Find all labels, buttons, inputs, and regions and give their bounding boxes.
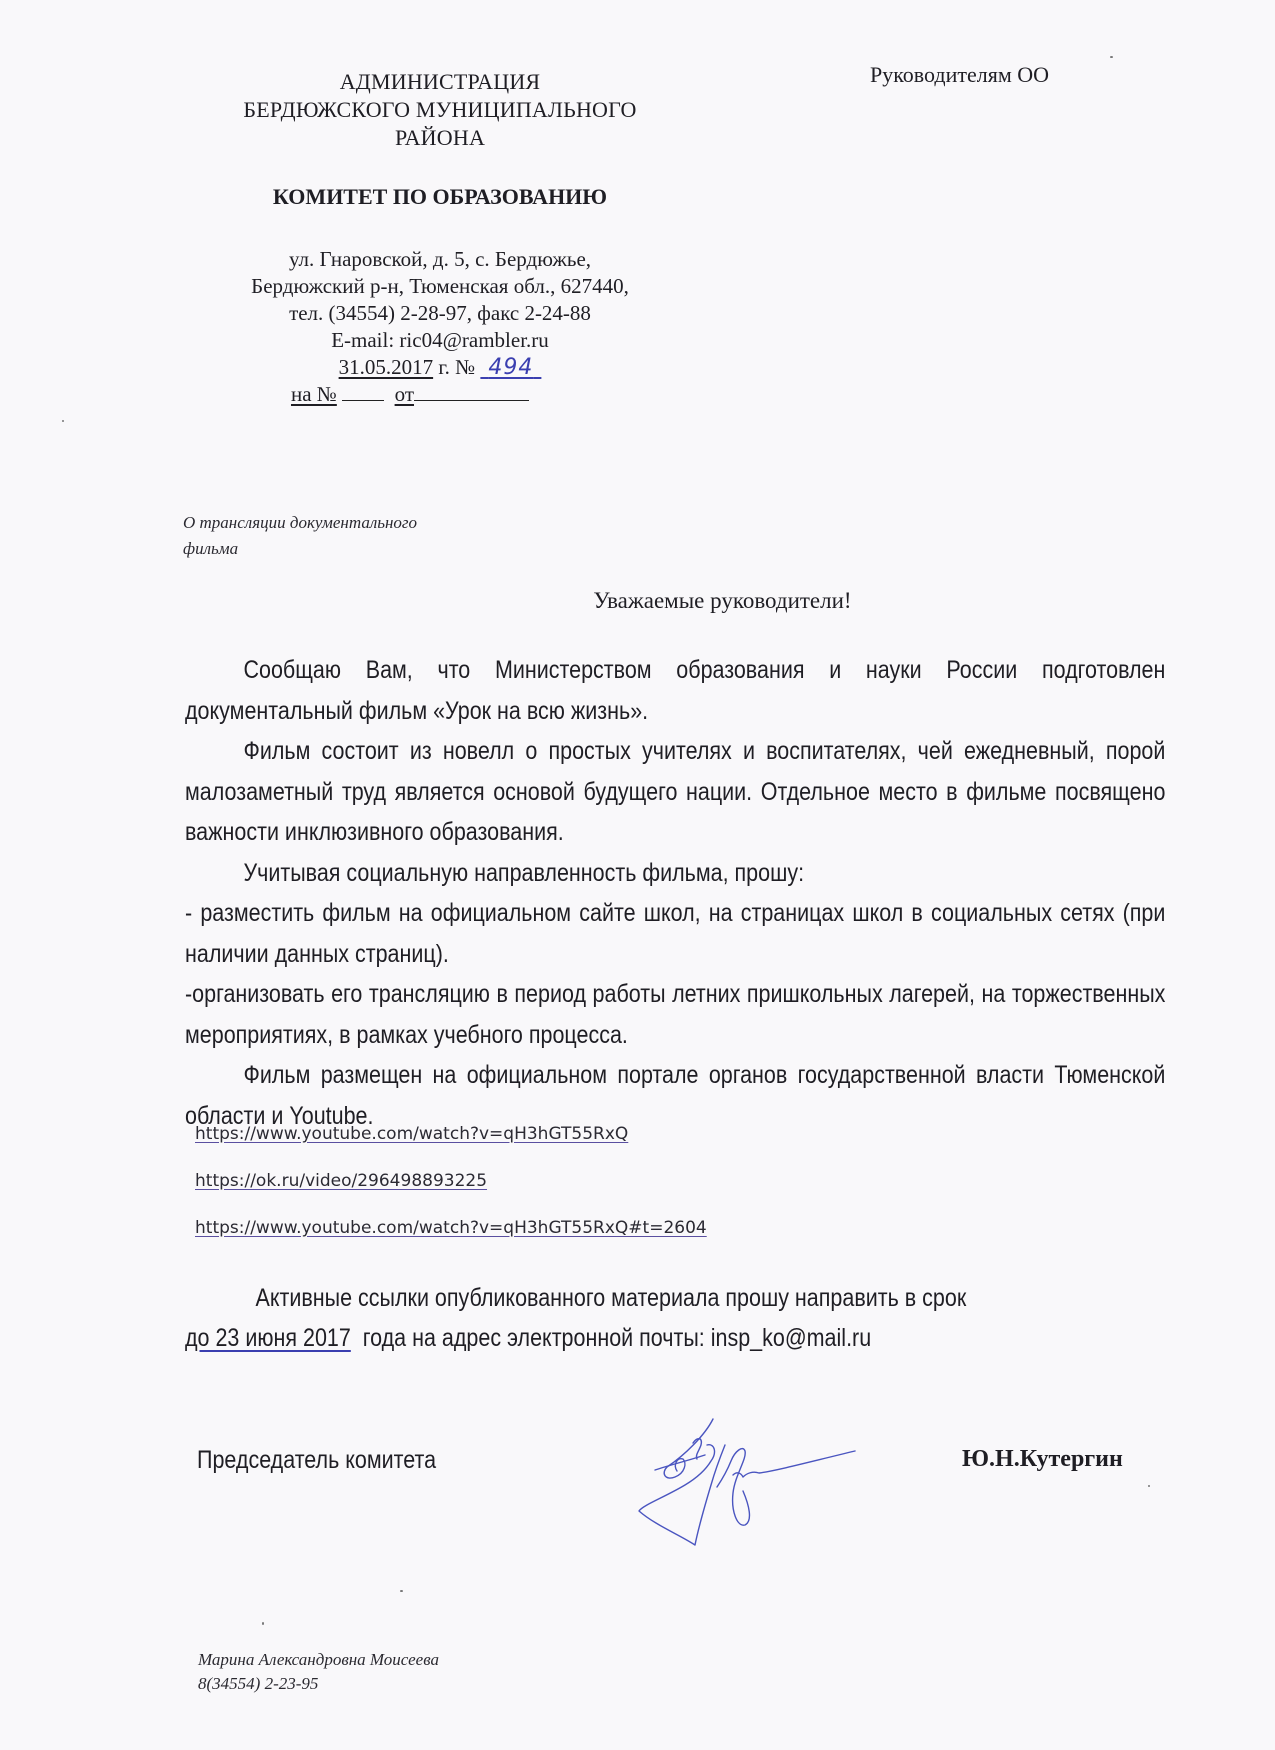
scan-speck <box>62 420 64 422</box>
letter-page: АДМИНИСТРАЦИЯ БЕРДЮЖСКОГО МУНИЦИПАЛЬНОГО… <box>0 0 1275 1750</box>
addressee: Руководителям ОО <box>870 62 1049 88</box>
scan-speck <box>262 1622 264 1625</box>
committee-title: КОМИТЕТ ПО ОБРАЗОВАНИЮ <box>190 184 690 210</box>
address-line: ул. Гнаровской, д. 5, с. Бердюжье, <box>190 246 690 273</box>
signer-name: Ю.Н.Кутергин <box>962 1446 1123 1473</box>
request-line: до 23 июня 2017 года на адрес электронно… <box>185 1318 1183 1358</box>
address-line: Бердюжский р-н, Тюменская обл., 627440, <box>190 273 690 300</box>
request-item: - разместить фильм на официальном сайте … <box>185 893 1165 974</box>
scan-speck <box>1110 56 1113 58</box>
subject-line: О трансляции документального <box>183 510 503 536</box>
scan-speck <box>1148 1485 1150 1487</box>
executor-info: Марина Александровна Моисеева 8(34554) 2… <box>198 1648 439 1696</box>
subject: О трансляции документального фильма <box>183 510 503 562</box>
ok-ru-link[interactable]: https://ok.ru/video/296498893225 <box>195 1169 707 1194</box>
body-paragraph: Фильм состоит из новелл о простых учител… <box>185 731 1165 853</box>
ref-date-blank <box>414 382 529 401</box>
letterhead-address: ул. Гнаровской, д. 5, с. Бердюжье, Бердю… <box>190 246 690 408</box>
letterhead-organization: АДМИНИСТРАЦИЯ БЕРДЮЖСКОГО МУНИЦИПАЛЬНОГО… <box>190 68 690 152</box>
number-label: г. № <box>433 355 480 379</box>
handwritten-number: 494 <box>480 355 541 380</box>
outgoing-number-line: 31.05.2017 г. № 494 <box>190 354 690 381</box>
letter-body: Сообщаю Вам, что Министерством образован… <box>185 650 1165 1136</box>
ref-from-label: от <box>395 382 414 406</box>
request-line: Активные ссылки опубликованного материал… <box>185 1278 1183 1318</box>
youtube-link[interactable]: https://www.youtube.com/watch?v=qH3hGT55… <box>195 1122 707 1147</box>
letter-date: 31.05.2017 <box>339 355 434 379</box>
ref-number-blank <box>342 382 384 401</box>
subject-line: фильма <box>183 536 503 562</box>
video-links: https://www.youtube.com/watch?v=qH3hGT55… <box>195 1122 707 1263</box>
org-line: АДМИНИСТРАЦИЯ <box>190 68 690 96</box>
body-paragraph: Учитывая социальную направленность фильм… <box>185 853 1165 894</box>
reference-line: на № от <box>130 381 690 408</box>
ref-number-label: на № <box>291 382 337 406</box>
request-email-text: года на адрес электронной почты: insp_ko… <box>351 1324 871 1352</box>
address-line: тел. (34554) 2-28-97, факс 2-24-88 <box>190 300 690 327</box>
scan-speck <box>400 1590 403 1592</box>
response-request: Активные ссылки опубликованного материал… <box>185 1278 1183 1358</box>
youtube-timestamp-link[interactable]: https://www.youtube.com/watch?v=qH3hGT55… <box>195 1216 707 1241</box>
request-item: -организовать его трансляцию в период ра… <box>185 974 1165 1055</box>
org-line: РАЙОНА <box>190 124 690 152</box>
executor-name: Марина Александровна Моисеева <box>198 1648 439 1672</box>
body-paragraph: Сообщаю Вам, что Министерством образован… <box>185 650 1165 731</box>
signer-title: Председатель комитета <box>197 1446 436 1475</box>
email-line: E-mail: ric04@rambler.ru <box>190 327 690 354</box>
deadline-date: до 23 июня 2017 <box>185 1324 351 1352</box>
org-line: БЕРДЮЖСКОГО МУНИЦИПАЛЬНОГО <box>190 96 690 124</box>
executor-phone: 8(34554) 2-23-95 <box>198 1672 439 1696</box>
greeting: Уважаемые руководители! <box>0 588 1275 614</box>
handwritten-signature-icon <box>625 1415 865 1555</box>
